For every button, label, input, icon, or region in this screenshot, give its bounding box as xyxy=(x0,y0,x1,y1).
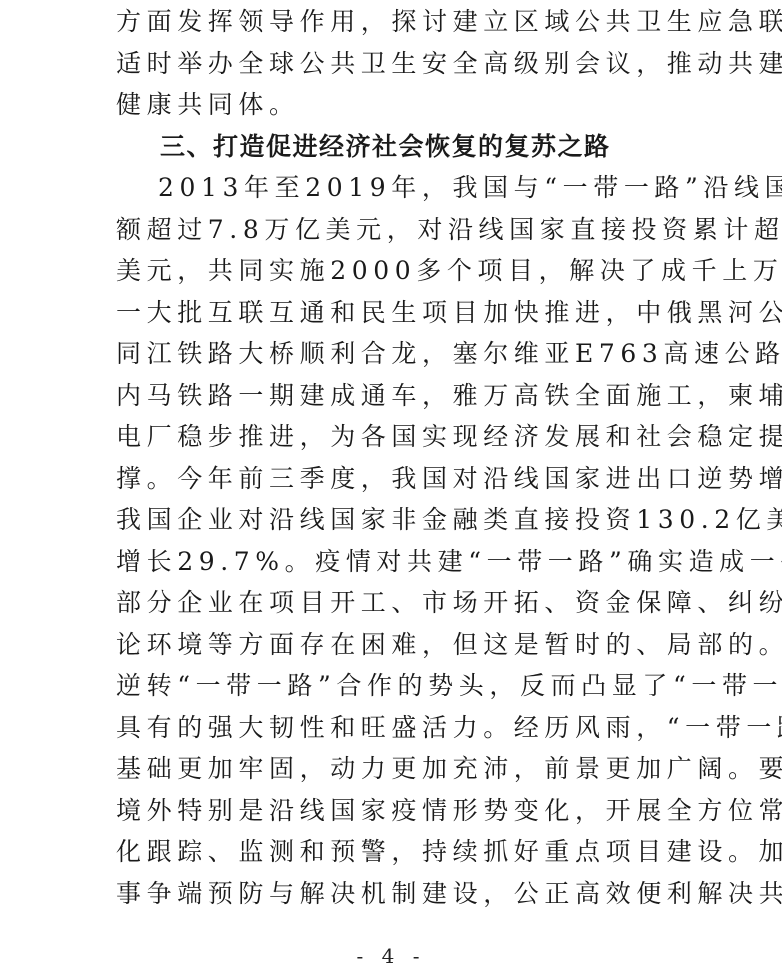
paragraph-line: 境外特别是沿线国家疫情形势变化，开展全方位常态化动态 xyxy=(116,790,668,832)
paragraph-line: 化跟踪、监测和预警，持续抓好重点项目建设。加强国际商 xyxy=(116,831,668,873)
paragraph-line: 内马铁路一期建成通车，雅万高铁全面施工，柬埔寨双燃料 xyxy=(116,375,668,417)
paragraph-line: 事争端预防与解决机制建设，公正高效便利解决共建“一带一 xyxy=(116,873,668,915)
paragraph-line: 具有的强大韧性和旺盛活力。经历风雨，“一带一路”合作的 xyxy=(116,707,668,749)
paragraph-line: 2013年至2019年，我国与“一带一路”沿线国家贸易总 xyxy=(116,167,668,209)
paragraph-line: 论环境等方面存在困难，但这是暂时的、局部的。疫情没有 xyxy=(116,624,668,666)
paragraph-line: 逆转“一带一路”合作的势头，反而凸显了“一带一路”合作所 xyxy=(116,665,668,707)
paragraph-line: 方面发挥领导作用，探讨建立区域公共卫生应急联络机制， xyxy=(116,1,668,43)
paragraph-line: 一大批互联互通和民生项目加快推进，中俄黑河公路大桥、 xyxy=(116,292,668,334)
paragraph-line: 健康共同体。 xyxy=(116,84,668,126)
paragraph-line: 额超过7.8万亿美元，对沿线国家直接投资累计超过1100亿 xyxy=(116,209,668,251)
paragraph-line: 电厂稳步推进，为各国实现经济发展和社会稳定提供坚强支 xyxy=(116,416,668,458)
page-number: - 4 - xyxy=(0,944,782,968)
paragraph-line: 同江铁路大桥顺利合龙，塞尔维亚E763高速公路、肯尼亚 xyxy=(116,333,668,375)
document-page: 方面发挥领导作用，探讨建立区域公共卫生应急联络机制， 适时举办全球公共卫生安全高… xyxy=(116,1,672,914)
paragraph-line: 部分企业在项目开工、市场开拓、资金保障、纠纷解决、舆 xyxy=(116,582,668,624)
paragraph-line: 美元，共同实施2000多个项目，解决了成千上万人就业。 xyxy=(116,250,668,292)
section-heading: 三、打造促进经济社会恢复的复苏之路 xyxy=(116,126,668,168)
paragraph-line: 我国企业对沿线国家非金融类直接投资130.2亿美元，同比 xyxy=(116,499,668,541)
paragraph-line: 增长29.7%。疫情对共建“一带一路”确实造成一些影响， xyxy=(116,541,668,583)
paragraph-line: 适时举办全球公共卫生安全高级别会议，推动共建人类卫生 xyxy=(116,43,668,85)
paragraph-line: 撑。今年前三季度，我国对沿线国家进出口逆势增长1.5%； xyxy=(116,458,668,500)
paragraph-line: 基础更加牢固，动力更加充沛，前景更加广阔。要密切跟踪 xyxy=(116,748,668,790)
